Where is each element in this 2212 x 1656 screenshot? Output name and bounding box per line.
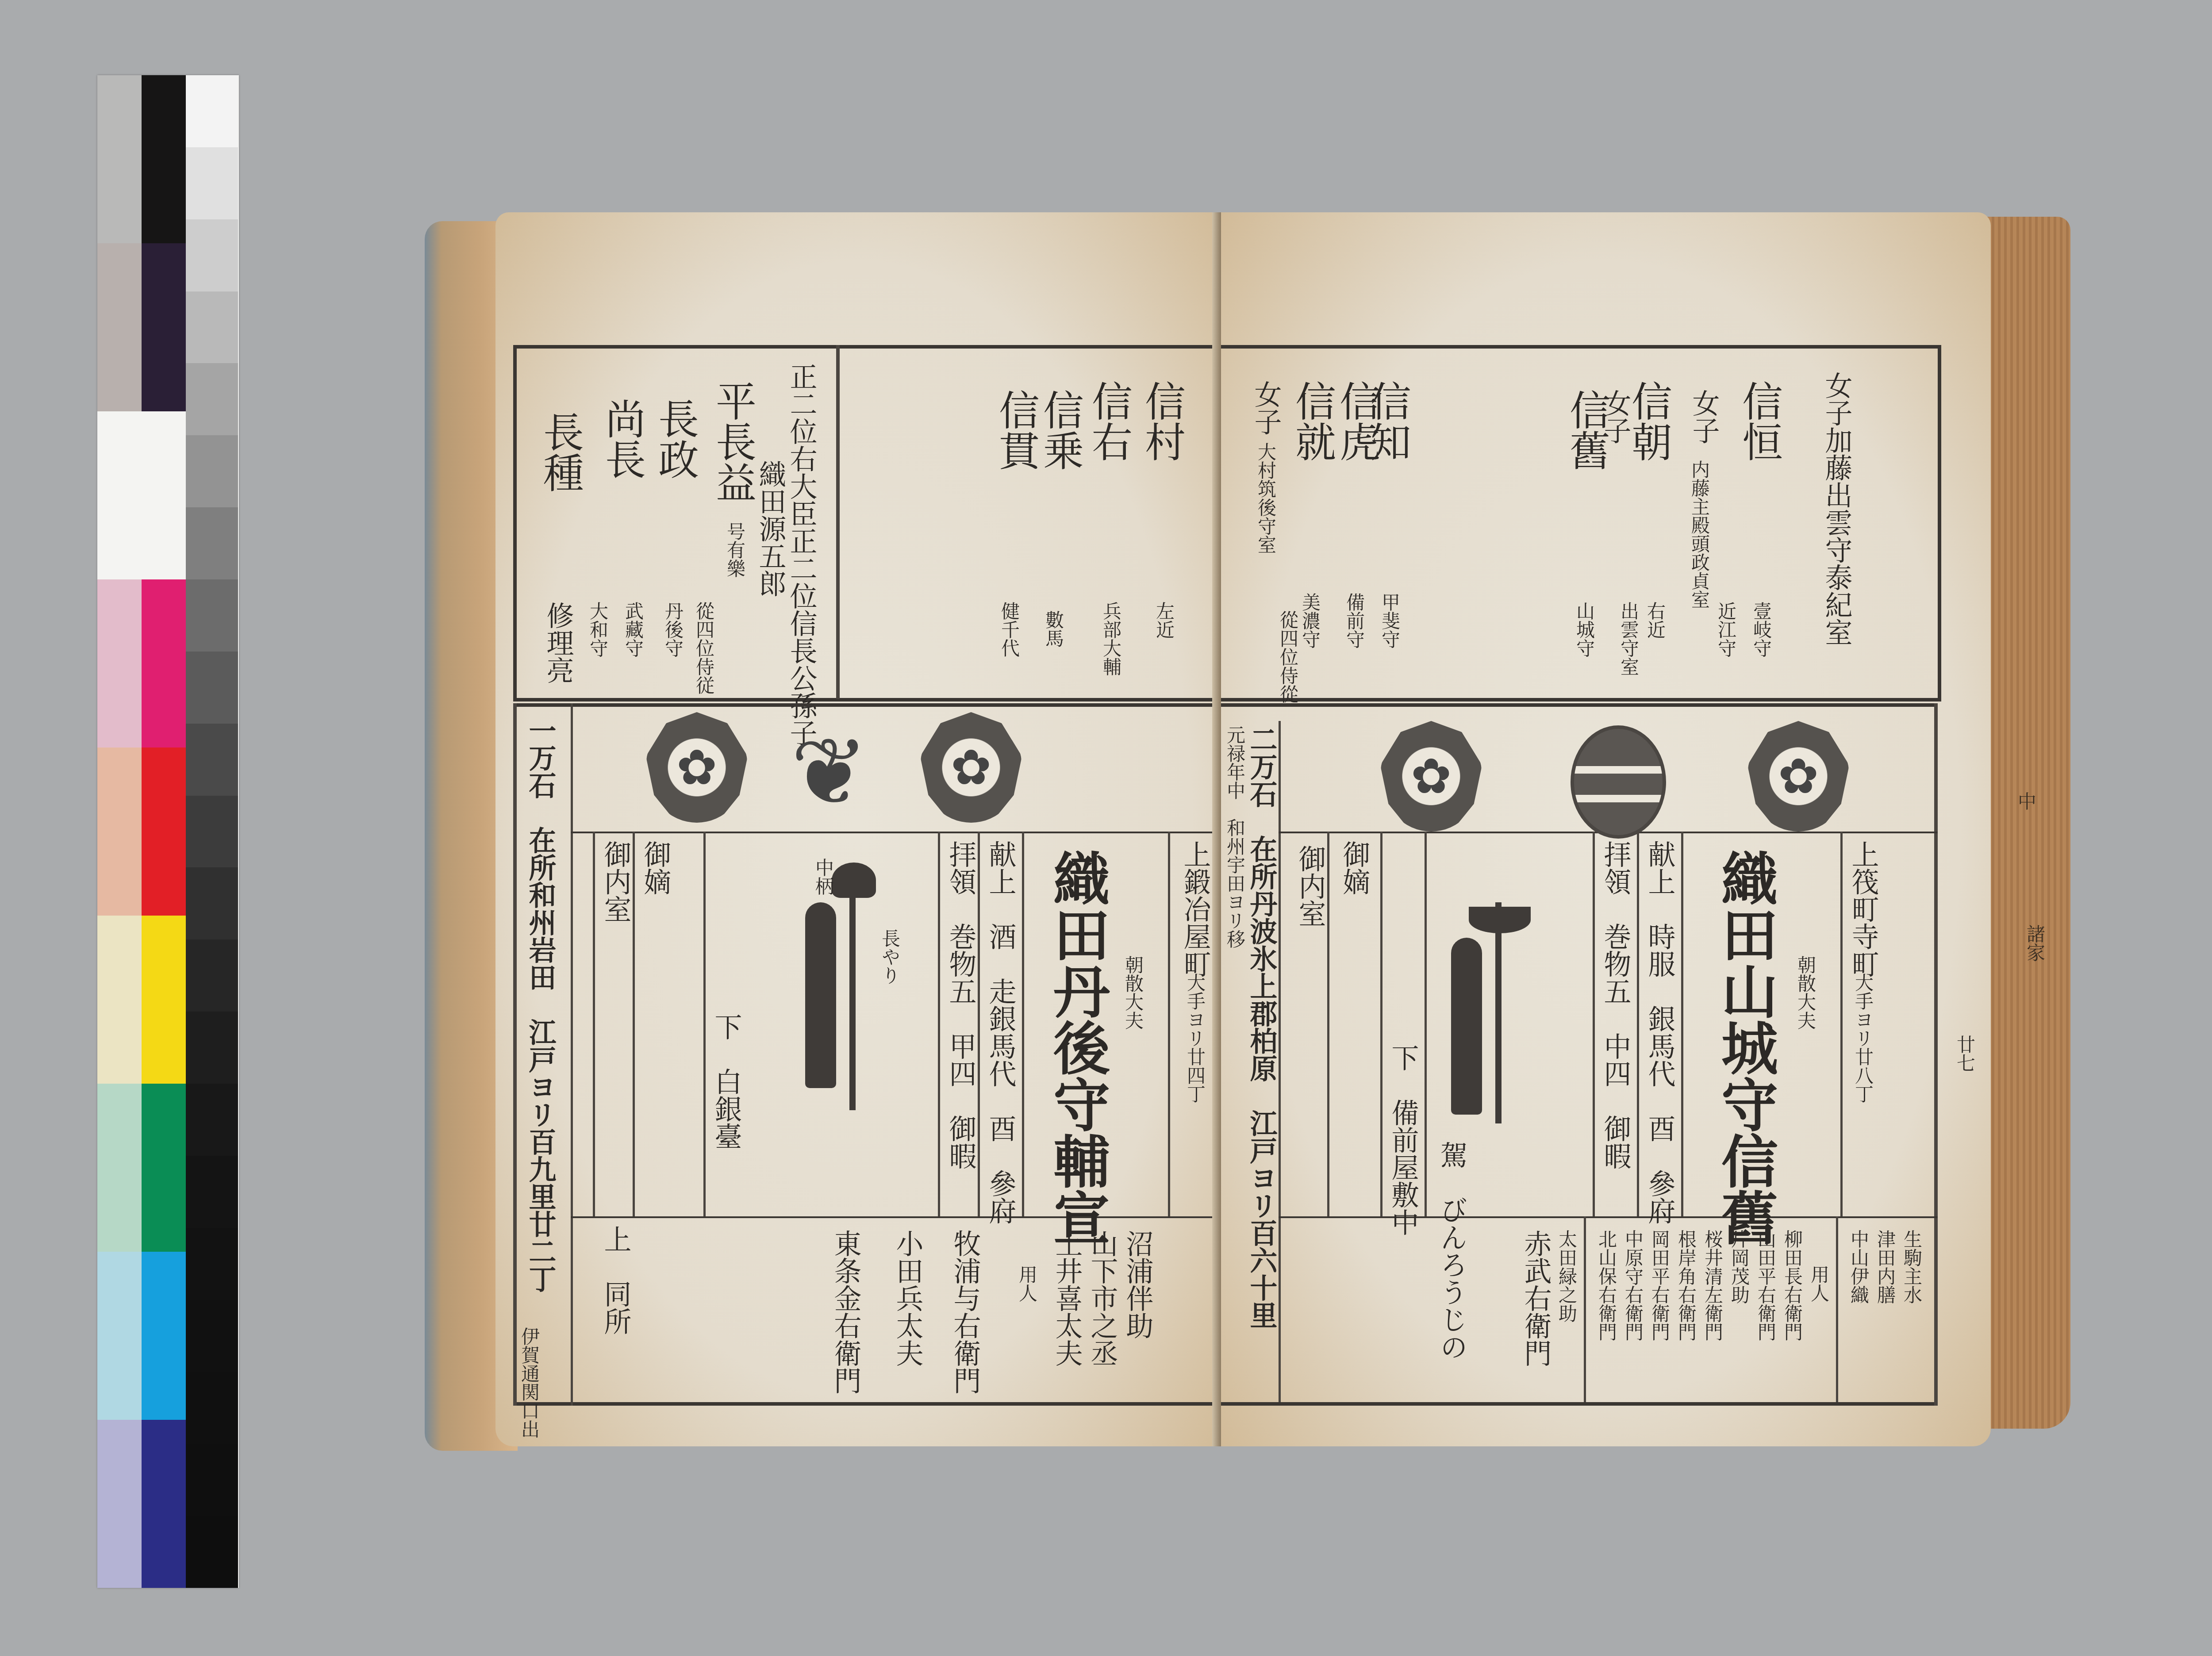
retainer: 北山保右衛門 xyxy=(1597,1230,1616,1341)
member-title: 近江守 xyxy=(1717,602,1735,657)
divider xyxy=(836,345,840,699)
rule xyxy=(593,832,595,1216)
member-title: 健千代 xyxy=(1000,602,1018,657)
member-title: 武藏守 xyxy=(624,602,642,657)
member-name: 信朝 xyxy=(1628,380,1669,462)
gray-step xyxy=(186,939,238,1012)
member-rank: 從四位侍從 xyxy=(1279,610,1297,703)
spear-head-icon xyxy=(832,862,876,898)
gray-step xyxy=(186,1372,238,1444)
court-rank: 朝散大夫 xyxy=(1124,955,1142,1030)
heir: 御嫡 xyxy=(1340,840,1368,895)
color-patch xyxy=(97,243,142,411)
spear-head-icon xyxy=(1469,907,1531,933)
lower-box-text: 下 備前屋敷中 xyxy=(1389,1044,1417,1236)
rule xyxy=(938,832,940,1216)
color-patch xyxy=(97,579,142,747)
daimyo-name: 織田山城守信舊 xyxy=(1717,849,1773,1246)
member-name: 信知 xyxy=(1367,380,1408,462)
right-page: 信虎 備前守 女子 大村筑後守室 信就 美濃守 從四位侍從 信知 甲斐守 信舊 … xyxy=(1221,212,1991,1446)
member-title: 數馬 xyxy=(1044,610,1063,648)
gray-step xyxy=(186,363,238,435)
rule xyxy=(1584,1216,1586,1402)
rule xyxy=(1327,832,1329,1216)
gray-step xyxy=(186,724,238,796)
edge-note: 女子加藤出雲守泰紀室 xyxy=(1823,372,1850,646)
color-calibration-chart xyxy=(97,75,239,1588)
rule xyxy=(978,832,980,1216)
spear-note: 長やり xyxy=(880,929,899,985)
gray-step xyxy=(186,291,238,364)
retainer: 桜井清左衛門 xyxy=(1703,1230,1722,1341)
daimyo-name: 織田丹後守輔宣 xyxy=(1048,849,1105,1246)
member-name: 信恒 xyxy=(1739,380,1779,462)
rule xyxy=(1221,703,1938,707)
member-title: 兵部大輔 xyxy=(1102,602,1120,676)
spear-sheath-icon xyxy=(1451,938,1482,1115)
open-book: 正二位右大臣正二位信長公孫子 織田源五郎 平長益 号有樂 從四位侍従 長政 丹後… xyxy=(425,208,2070,1482)
member-name: 信右 xyxy=(1088,380,1129,462)
rule xyxy=(571,832,1230,833)
member-title: 号有樂 xyxy=(726,522,744,578)
color-patch xyxy=(97,411,142,579)
tribute: 献上 酒 走銀馬代 酉 參府 xyxy=(987,840,1014,1224)
spear-shaft-icon xyxy=(849,867,856,1110)
member-name: 信貫 xyxy=(995,389,1036,471)
member-title: 丹後守 xyxy=(664,602,682,657)
butterfly-crest-icon: ❦ xyxy=(779,717,880,827)
tribute-detail: 拝領 巻物五 甲四 御暇 xyxy=(947,840,974,1169)
color-patch xyxy=(142,579,186,747)
color-patch xyxy=(142,243,186,411)
rule xyxy=(513,703,1230,707)
retainer: 小田兵太夫 xyxy=(894,1230,921,1367)
rule xyxy=(571,1216,1230,1218)
flower-crest-icon xyxy=(646,712,748,823)
gray-step xyxy=(186,435,238,507)
striped-circle-crest-icon xyxy=(1571,725,1666,839)
retainer-role: 用人 xyxy=(1018,1265,1036,1302)
member-rank: 從四位侍従 xyxy=(695,602,713,694)
member-name: 信就 xyxy=(1292,380,1333,462)
member-title: 備前守 xyxy=(1345,593,1363,648)
lower-box-text: 上 同所 xyxy=(602,1225,629,1335)
gray-step xyxy=(186,1084,238,1156)
gray-step xyxy=(186,219,238,291)
color-patch xyxy=(97,1252,142,1420)
spear-shaft-icon xyxy=(1495,902,1502,1123)
era-note: 元禄年中 和州宇田ヨリ移 xyxy=(1225,725,1244,948)
rule xyxy=(513,1402,1230,1406)
member-title: 右近 xyxy=(1646,602,1664,639)
retainer-role: 用人 xyxy=(1809,1265,1828,1302)
member-title: 修理亮 xyxy=(544,602,572,684)
retainer: 中山伊織 xyxy=(1849,1230,1868,1304)
gray-step xyxy=(186,75,238,147)
retainer: 根岸角右衛門 xyxy=(1677,1230,1695,1341)
member-name: 女子 xyxy=(1690,389,1717,444)
flower-crest-icon xyxy=(920,712,1022,823)
gray-step xyxy=(186,1228,238,1300)
color-patch xyxy=(142,747,186,916)
rule xyxy=(1168,832,1170,1216)
member-title: 大和守 xyxy=(588,602,607,657)
retainer: 生駒主水 xyxy=(1902,1230,1921,1304)
inner-chamber: 御内室 xyxy=(602,840,629,923)
clan-name: 織田源五郎 xyxy=(757,460,784,597)
member-title: 壹岐守 xyxy=(1752,602,1770,657)
color-patch xyxy=(97,75,142,243)
rule xyxy=(1637,832,1639,1216)
rule xyxy=(1380,832,1382,1216)
gray-step xyxy=(186,147,238,219)
member-title: 美濃守 xyxy=(1301,593,1319,648)
member-name: 平長益 xyxy=(712,380,753,502)
member-title: 大村筑後守室 xyxy=(1256,442,1275,554)
rule xyxy=(1022,832,1024,1216)
member-title: 出雲守室 xyxy=(1619,602,1638,676)
residence: 上鍛冶屋町 xyxy=(1181,840,1209,977)
member-title: 甲斐守 xyxy=(1380,593,1399,648)
rule xyxy=(1221,1402,1938,1406)
rule xyxy=(1681,832,1683,1216)
tribute-detail: 拝領 巻物五 中四 御暇 xyxy=(1601,840,1629,1169)
tribute: 献上 時服 銀馬代 酉 參府 xyxy=(1646,840,1673,1224)
gray-step xyxy=(186,1516,238,1588)
color-patch xyxy=(97,1084,142,1252)
residence-note: 大手ヨリ廿八丁 xyxy=(1854,973,1872,1103)
member-title: 山城守 xyxy=(1575,602,1594,657)
gray-step xyxy=(186,579,238,652)
court-rank: 朝散大夫 xyxy=(1796,955,1815,1030)
color-patch xyxy=(97,916,142,1084)
gray-step xyxy=(186,652,238,724)
retainer: 赤武右衛門 xyxy=(1522,1230,1549,1367)
gray-step xyxy=(186,1444,238,1516)
retainer: 太田緑之助 xyxy=(1557,1230,1576,1322)
member-title: 左近 xyxy=(1155,602,1173,639)
gray-step xyxy=(186,867,238,939)
rule xyxy=(633,832,635,1216)
retainer: 牧浦与右衛門 xyxy=(951,1230,979,1394)
retainer: 東条金右衛門 xyxy=(832,1230,859,1394)
page-number: 廿七 xyxy=(1955,1035,1974,1072)
rule xyxy=(1425,832,1427,1216)
retainer: 津田内膳 xyxy=(1876,1230,1894,1304)
member-name: 信乗 xyxy=(1040,389,1080,471)
heir: 御嫡 xyxy=(641,840,669,895)
rule xyxy=(1840,832,1843,1216)
member-name: 信村 xyxy=(1141,380,1182,462)
color-patch xyxy=(142,1084,186,1252)
gray-step xyxy=(186,796,238,868)
gray-step xyxy=(186,1012,238,1084)
spear-label: 中柄 xyxy=(814,858,833,895)
color-patch xyxy=(97,747,142,916)
color-patch xyxy=(142,916,186,1084)
fore-edge-mark: 諸家 xyxy=(2025,924,2044,962)
genealogy-header: 正二位右大臣正二位信長公孫子 xyxy=(787,363,815,747)
rule xyxy=(1836,1216,1838,1402)
member-name: 女子 xyxy=(1252,380,1279,435)
gray-step xyxy=(186,1300,238,1372)
spear-sheath-icon xyxy=(805,902,836,1088)
retainer: 中原守右衛門 xyxy=(1624,1230,1642,1341)
color-patch xyxy=(142,411,186,579)
retainer: 山田平右衛門 xyxy=(1756,1230,1775,1341)
rule xyxy=(571,703,573,1406)
member-name: 尚長 xyxy=(602,398,642,479)
fore-edge-mark: 中 xyxy=(2016,792,2035,810)
member-name: 長種 xyxy=(540,411,580,493)
member-title: 内藤主殿頭政貞室 xyxy=(1690,460,1709,609)
rule xyxy=(703,832,706,1216)
color-patch xyxy=(142,1252,186,1420)
residence: 上筏町寺町 xyxy=(1849,840,1877,977)
color-patch xyxy=(97,1420,142,1588)
retainer: 片岡茂助 xyxy=(1730,1230,1748,1304)
retainer: 沼浦伴助 xyxy=(1124,1230,1151,1339)
color-patch xyxy=(142,1420,186,1588)
residence-note: 大手ヨリ廿四丁 xyxy=(1186,973,1204,1103)
member-name: 女子 xyxy=(1601,389,1629,444)
lower-box-text: 駕 びんろうじの xyxy=(1438,1141,1465,1361)
gray-step xyxy=(186,1156,238,1228)
left-page: 正二位右大臣正二位信長公孫子 織田源五郎 平長益 号有樂 從四位侍従 長政 丹後… xyxy=(495,212,1221,1446)
retainer: 山下市之丞 xyxy=(1088,1230,1116,1367)
retainer: 柳田長右衛門 xyxy=(1783,1230,1801,1341)
retainer: 土井喜太夫 xyxy=(1053,1230,1080,1367)
lower-box-text: 下 白銀臺 xyxy=(712,1013,740,1150)
rule xyxy=(1934,703,1938,1406)
flower-crest-icon xyxy=(1747,721,1849,832)
stipend-text: 一万石 在所和州岩田 江戸ヨリ百九里廿二丁 xyxy=(526,717,554,1292)
flower-crest-icon xyxy=(1380,721,1482,832)
rule xyxy=(1279,1216,1938,1218)
retainer: 岡田平右衛門 xyxy=(1650,1230,1669,1341)
member-name: 長政 xyxy=(655,398,695,479)
color-patch xyxy=(142,75,186,243)
rule xyxy=(513,703,517,1406)
inner-chamber: 御内室 xyxy=(1296,845,1324,927)
route-note: 伊賀通関口出 xyxy=(520,1327,538,1438)
rule xyxy=(1279,721,1281,1402)
stipend-text: 二万石 在所丹波氷上郡柏原 江戸ヨリ百六十里 xyxy=(1248,725,1275,1329)
rule xyxy=(1593,832,1595,1216)
gray-step xyxy=(186,507,238,579)
